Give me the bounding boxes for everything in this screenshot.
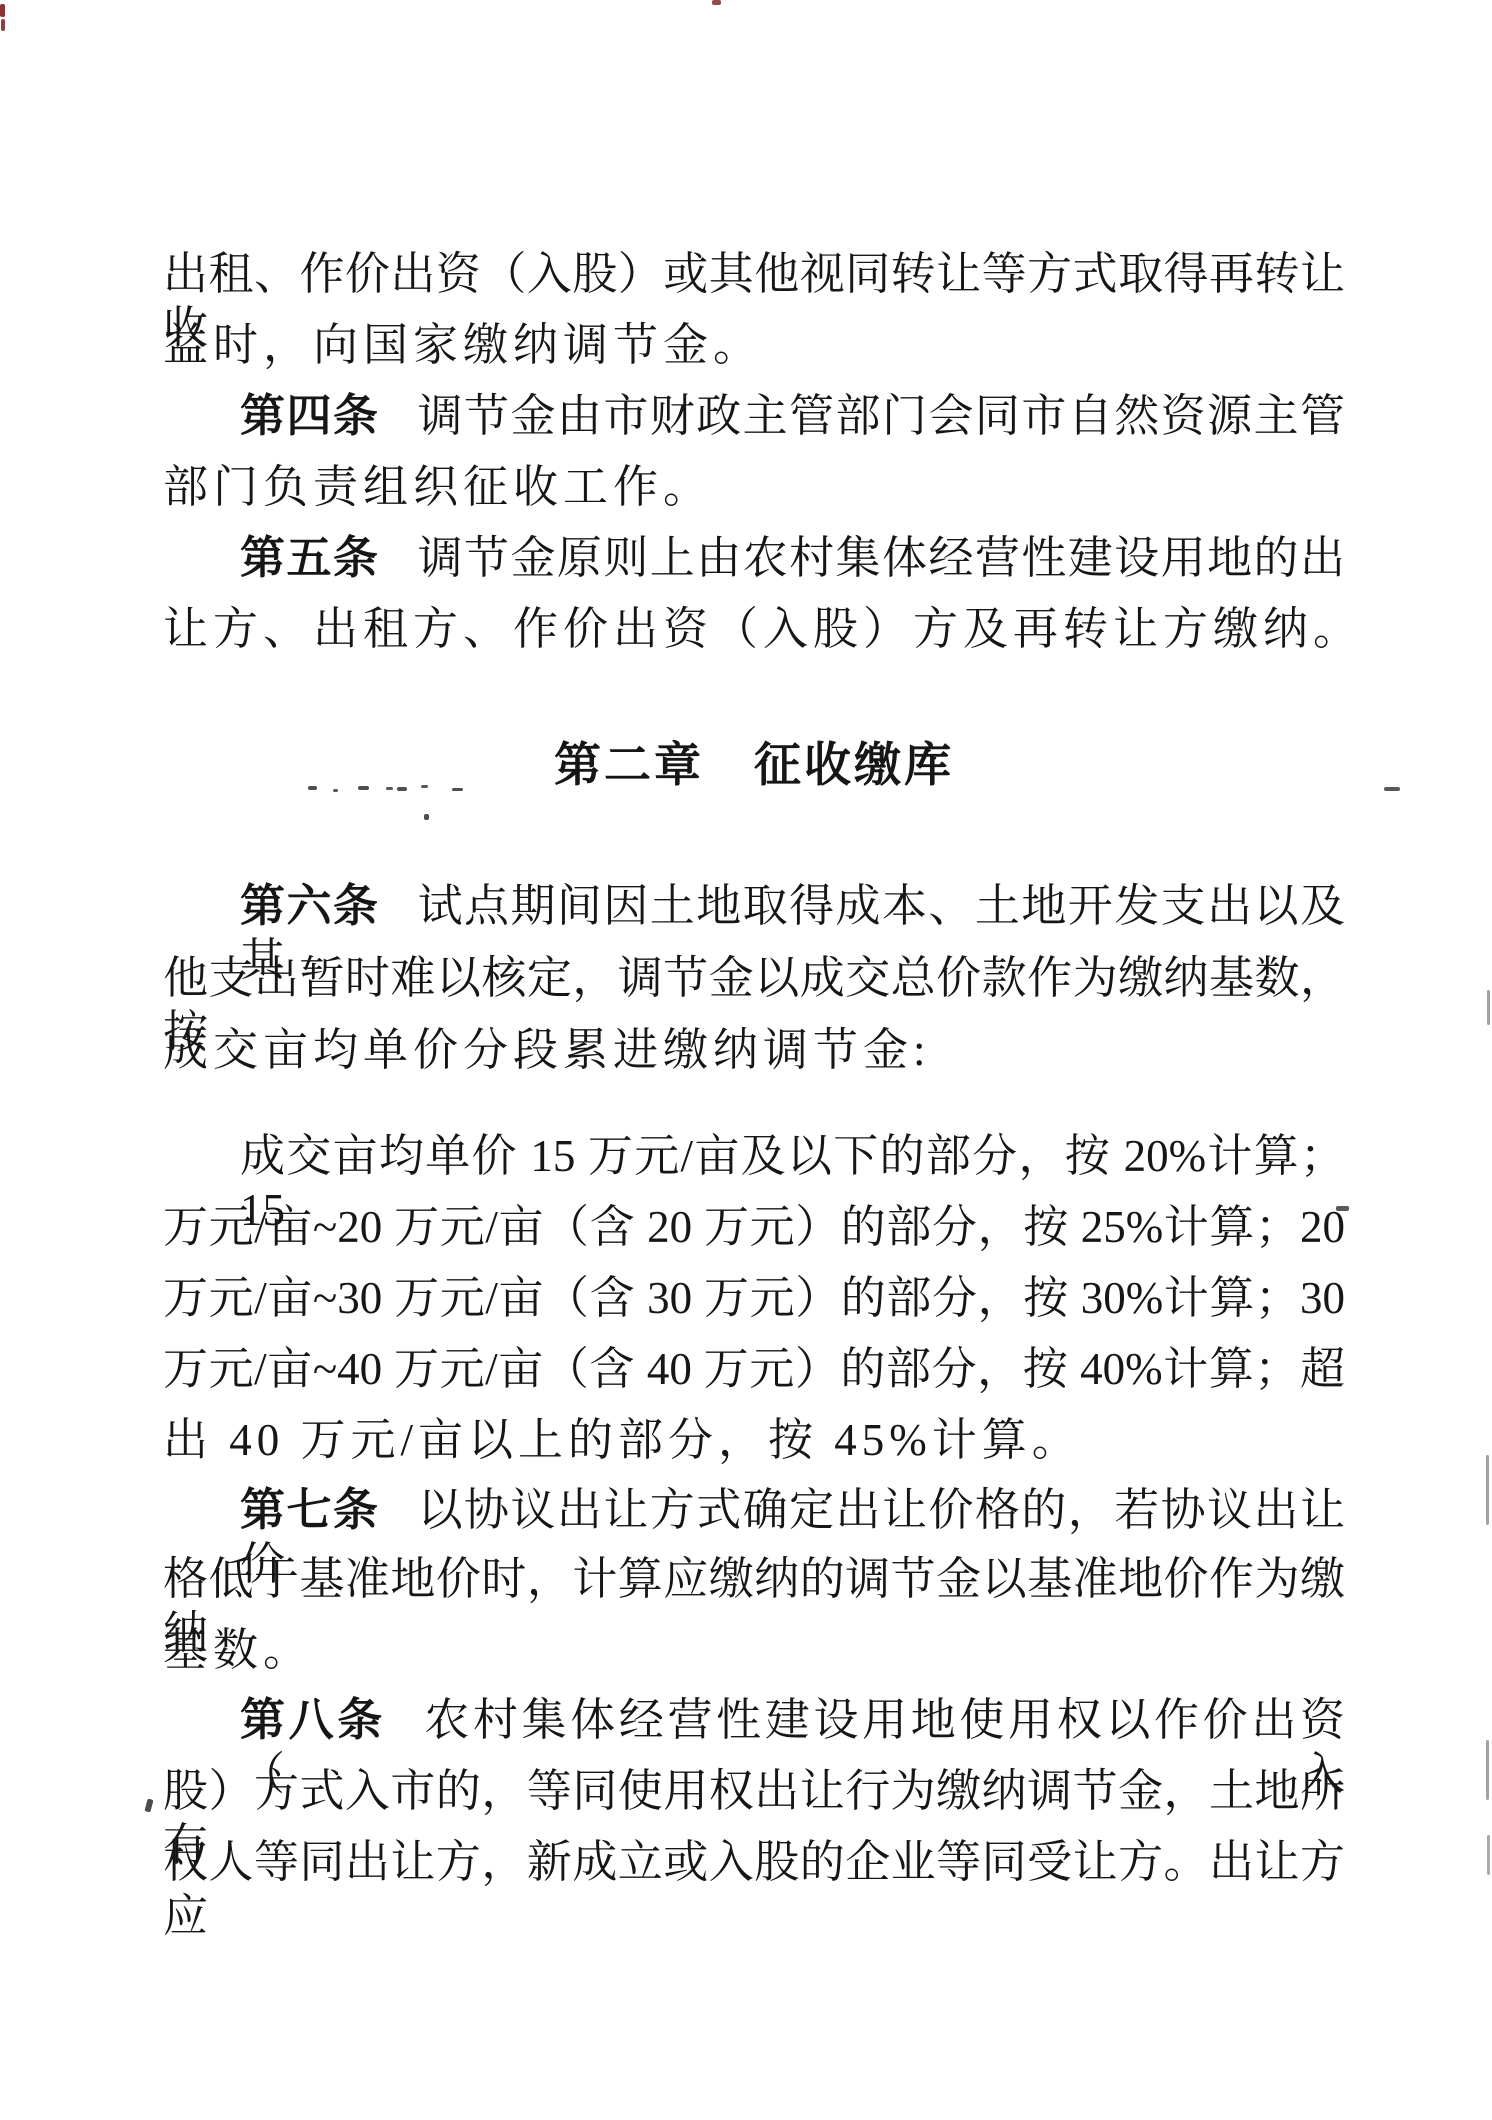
line-text: 成交亩均单价分段累进缴纳调节金:	[163, 1025, 931, 1075]
line-text: 万元/亩~40 万元/亩（含 40 万元）的部分，按 40%计算；超	[163, 1344, 1345, 1394]
line-text: 万元/亩~30 万元/亩（含 30 万元）的部分，按 30%计算；30	[163, 1273, 1345, 1323]
text-line: 成交亩均单价 15 万元/亩及以下的部分，按 20%计算；15	[240, 1129, 1345, 1185]
red-speck-top-center-artifact	[712, 0, 721, 5]
red-mark-top-left-artifact	[1, 19, 5, 31]
text-line: 让方、出租方、作价出资（入股）方及再转让方缴纳。	[163, 602, 1345, 658]
edge-mark-artifact	[1486, 1455, 1489, 1525]
text-line: 第八条农村集体经营性建设用地使用权以作价出资（入	[240, 1693, 1345, 1749]
smudge-dash-artifact	[386, 787, 393, 790]
document-page: 出租、作价出资（入股）或其他视同转让等方式取得再转让收益时，向国家缴纳调节金。第…	[0, 0, 1492, 2120]
edge-mark-artifact	[1487, 990, 1490, 1025]
smudge-dot-artifact	[424, 814, 429, 820]
text-line: 第七条以协议出让方式确定出让价格的，若协议出让价	[240, 1483, 1345, 1539]
text-line: 格低于基准地价时，计算应缴纳的调节金以基准地价作为缴纳	[163, 1552, 1345, 1608]
line-text: 基数。	[163, 1625, 313, 1675]
text-line: 股）方式入市的，等同使用权出让行为缴纳调节金，土地所有	[163, 1764, 1345, 1820]
text-line: 成交亩均单价分段累进缴纳调节金:	[163, 1023, 1345, 1079]
text-line: 第四条调节金由市财政主管部门会同市自然资源主管	[240, 389, 1345, 445]
text-line: 益时，向国家缴纳调节金。	[163, 318, 1345, 374]
red-mark-top-left-artifact	[0, 4, 5, 17]
article-number: 第四条	[240, 390, 379, 441]
chapter-heading: 第二章 征收缴库	[163, 738, 1345, 796]
smudge-dash-artifact	[421, 785, 428, 788]
article-number: 第八条	[240, 1694, 386, 1745]
line-text: 部门负责组织征收工作。	[163, 462, 713, 512]
text-line: 万元/亩~30 万元/亩（含 30 万元）的部分，按 30%计算；30	[163, 1271, 1345, 1327]
text-line: 万元/亩~20 万元/亩（含 20 万元）的部分，按 25%计算；20	[163, 1200, 1345, 1256]
line-text: 益时，向国家缴纳调节金。	[163, 320, 763, 370]
edge-mark-artifact	[1486, 1740, 1489, 1800]
smudge-dash-artifact	[452, 788, 463, 791]
line-text: 出 40 万元/亩以上的部分，按 45%计算。	[163, 1415, 1082, 1465]
line-text: 调节金由市财政主管部门会同市自然资源主管	[418, 391, 1345, 441]
text-line: 出租、作价出资（入股）或其他视同转让等方式取得再转让收	[163, 247, 1345, 303]
article-number: 第七条	[240, 1484, 379, 1535]
text-line: 万元/亩~40 万元/亩（含 40 万元）的部分，按 40%计算；超	[163, 1342, 1345, 1398]
article-number: 第六条	[240, 880, 379, 931]
smudge-dash-artifact	[358, 786, 369, 790]
smudge-dash-artifact	[333, 789, 338, 792]
line-text: 万元/亩~20 万元/亩（含 20 万元）的部分，按 25%计算；20	[163, 1202, 1345, 1252]
text-line: 出 40 万元/亩以上的部分，按 45%计算。	[163, 1413, 1345, 1469]
text-line: 部门负责组织征收工作。	[163, 460, 1345, 516]
text-line: 权人等同出让方，新成立或入股的企业等同受让方。出让方应	[163, 1835, 1345, 1891]
edge-mark-artifact	[1487, 1835, 1490, 1875]
text-line: 基数。	[163, 1623, 1345, 1679]
line-text: 让方、出租方、作价出资（入股）方及再转让方缴纳。	[163, 604, 1363, 654]
smudge-dash-artifact	[397, 787, 407, 791]
text-line: 第六条试点期间因土地取得成本、土地开发支出以及其	[240, 879, 1345, 935]
article-number: 第二章 征收缴库	[554, 738, 954, 791]
line-text: 权人等同出让方，新成立或入股的企业等同受让方。出让方应	[163, 1837, 1345, 1941]
line-text: 调节金原则上由农村集体经营性建设用地的出	[418, 533, 1345, 583]
smudge-comma-artifact	[144, 1798, 153, 1812]
smudge-dash-artifact	[308, 786, 317, 790]
text-line: 他支出暂时难以核定，调节金以成交总价款作为缴纳基数，按	[163, 951, 1345, 1007]
text-line: 第五条调节金原则上由农村集体经营性建设用地的出	[240, 531, 1345, 587]
smudge-dash-artifact	[1384, 787, 1400, 791]
smudge-dash-artifact	[1336, 1206, 1349, 1211]
article-number: 第五条	[240, 532, 379, 583]
